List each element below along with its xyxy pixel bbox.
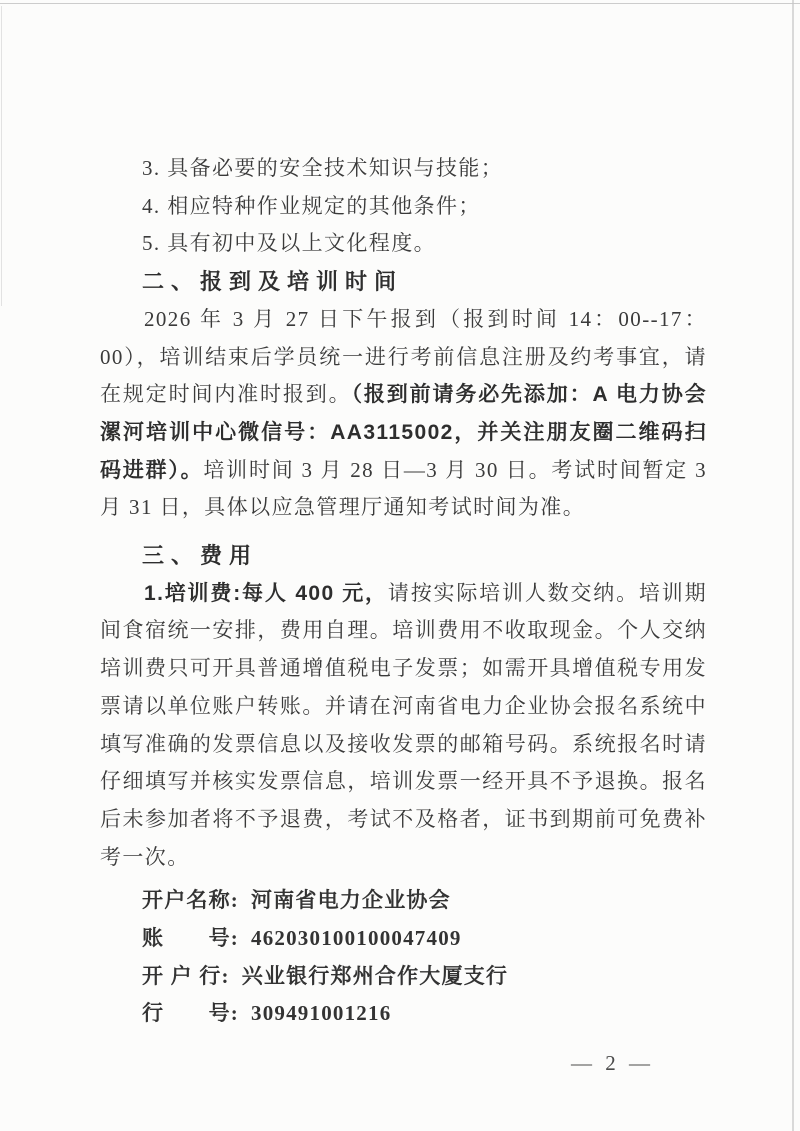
page-number: — 2 —	[571, 1051, 654, 1076]
bank-account-number-value: 462030100100047409	[251, 920, 462, 958]
bank-account-name-label: 开户名称:	[142, 882, 239, 920]
bank-branch-number-value: 309491001216	[251, 995, 391, 1033]
scan-artifact-left-line	[1, 6, 2, 306]
bank-branch-number-label: 行 号:	[142, 995, 239, 1033]
text-run: 请按实际培训人数交纳。培训期间食宿统一安排，费用自理。培训费用不收取现金。个人交…	[100, 581, 707, 869]
condition-item-4: 4. 相应特种作业规定的其他条件；	[100, 188, 707, 226]
scanned-document-page: 3. 具备必要的安全技术知识与技能； 4. 相应特种作业规定的其他条件； 5. …	[0, 0, 800, 1131]
text-run: 1.培训费:每人 400 元，	[144, 582, 388, 605]
condition-item-3: 3. 具备必要的安全技术知识与技能；	[100, 150, 707, 188]
bank-account-number-label: 账 号:	[142, 920, 239, 958]
section-heading-fees: 三、费用	[100, 537, 707, 575]
bank-account-number-row: 账 号: 462030100100047409	[100, 920, 707, 958]
bank-account-info: 开户名称: 河南省电力企业协会 账 号: 462030100100047409 …	[100, 882, 707, 1033]
bank-branch-label: 开 户 行:	[142, 958, 230, 996]
document-body: 3. 具备必要的安全技术知识与技能； 4. 相应特种作业规定的其他条件； 5. …	[100, 150, 707, 1033]
paragraph-reporting-time: 2026 年 3 月 27 日下午报到（报到时间 14：00--17：00），培…	[100, 301, 707, 527]
scan-artifact-top-line	[0, 3, 800, 4]
condition-item-5: 5. 具有初中及以上文化程度。	[100, 225, 707, 263]
bank-branch-row: 开 户 行: 兴业银行郑州合作大厦支行	[100, 958, 707, 996]
bank-account-name-row: 开户名称: 河南省电力企业协会	[100, 882, 707, 920]
scan-artifact-right-line	[792, 0, 794, 1131]
bank-branch-value: 兴业银行郑州合作大厦支行	[242, 958, 508, 996]
paragraph-fees: 1.培训费:每人 400 元，请按实际培训人数交纳。培训期间食宿统一安排，费用自…	[100, 575, 707, 877]
bank-account-name-value: 河南省电力企业协会	[251, 882, 451, 920]
section-heading-reporting-time: 二、报到及培训时间	[100, 263, 707, 301]
bank-branch-number-row: 行 号: 309491001216	[100, 995, 707, 1033]
